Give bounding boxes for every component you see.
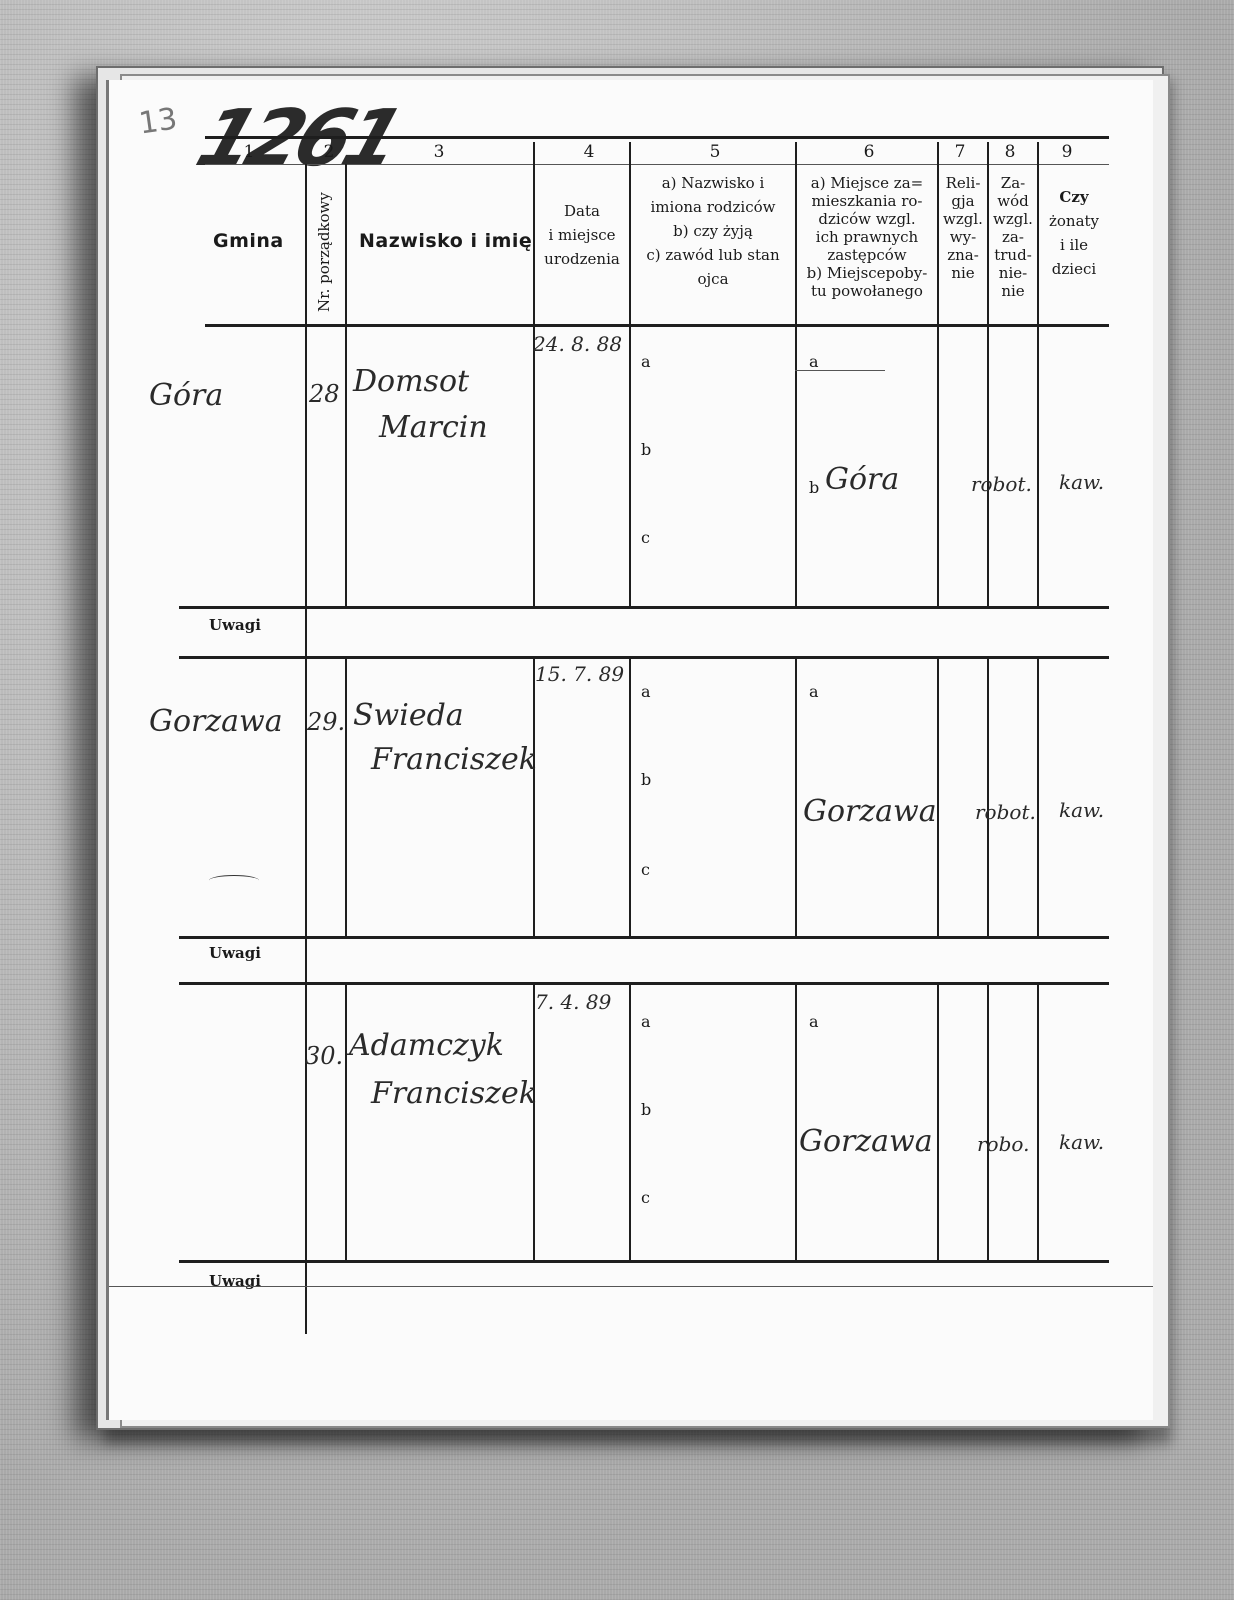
header-line: wzgl. <box>989 210 1037 228</box>
col-number-2: 2 <box>309 142 349 162</box>
col-divider <box>795 326 797 606</box>
header-col7: Reli- gja wzgl. wy- zna- nie <box>939 174 987 282</box>
header-line: i miejsce <box>533 226 631 244</box>
header-line: a) Nazwisko i <box>631 174 795 192</box>
header-col4: Data i miejsce urodzenia <box>533 202 631 268</box>
header-number-rule <box>205 164 1109 165</box>
remarks-divider <box>305 936 307 982</box>
col-divider <box>533 326 535 606</box>
header-line: Reli- <box>939 174 987 192</box>
header-col8: Za- wód wzgl. za- trud- nie- nie <box>989 174 1037 300</box>
record-2-col5-b: b <box>641 770 651 789</box>
record-3-col5-b: b <box>641 1100 651 1119</box>
header-line: nie <box>989 282 1037 300</box>
record-1-col9: kaw. <box>1059 470 1104 494</box>
col-divider <box>345 658 347 936</box>
record-2-nr: 29. <box>307 708 345 736</box>
header-line: Za- <box>989 174 1037 192</box>
record-3-birth-date: 7. 4. 89 <box>535 990 611 1014</box>
header-line: ich prawnych <box>797 228 937 246</box>
header-line: imiona rodziców <box>631 198 795 216</box>
header-line: urodzenia <box>533 250 631 268</box>
header-line: wy- <box>939 228 987 246</box>
record-3-nr: 30. <box>305 1042 343 1070</box>
header-line: za- <box>989 228 1037 246</box>
col-divider <box>987 142 989 326</box>
col-divider <box>1037 142 1039 326</box>
record-1-birth-date: 24. 8. 88 <box>533 332 622 356</box>
record-1-col6-b: b <box>809 478 819 497</box>
record-2-col6-a: a <box>809 682 819 701</box>
col-divider <box>937 326 939 606</box>
record-2-col9: kaw. <box>1059 798 1104 822</box>
header-line: tu powołanego <box>797 282 937 300</box>
col-number-9: 9 <box>1047 142 1087 162</box>
col-divider <box>345 326 347 606</box>
col-number-3: 3 <box>419 142 459 162</box>
record-2-birth-date: 15. 7. 89 <box>535 662 624 686</box>
overlay-line <box>109 1286 1153 1287</box>
record-3-remarks-label: Uwagi <box>209 1272 261 1290</box>
header-line: nie <box>939 264 987 282</box>
col-number-1: 1 <box>229 142 269 162</box>
pencil-page-number: 13 <box>137 102 180 142</box>
record-1-remarks-label: Uwagi <box>209 616 261 634</box>
col-divider <box>987 984 989 1260</box>
record-1-gmina: Góra <box>149 378 223 413</box>
record-1-surname: Domsot <box>353 364 469 399</box>
record-1-col5-b: b <box>641 440 651 459</box>
col-divider <box>305 658 307 936</box>
stray-mark <box>209 875 259 886</box>
record-3-col9: kaw. <box>1059 1130 1104 1154</box>
remarks-top-rule <box>179 1260 1109 1263</box>
col-divider <box>1037 658 1039 936</box>
record-1-given-name: Marcin <box>379 410 488 445</box>
header-line: ojca <box>631 270 795 288</box>
remarks-bottom-rule <box>179 656 1109 659</box>
record-3-surname: Adamczyk <box>349 1028 504 1063</box>
remarks-top-rule <box>179 936 1109 939</box>
record-2-occupation: robot. <box>975 800 1036 824</box>
header-line: Czy <box>1039 188 1109 206</box>
header-col6: a) Miejsce za= mieszkania ro- dziców wzg… <box>797 174 937 300</box>
record-1-col5-a: a <box>641 352 651 371</box>
col-divider <box>629 326 631 606</box>
header-line: i ile <box>1039 236 1109 254</box>
ink-stamp-number: 1261 <box>186 94 408 184</box>
col-divider <box>987 326 989 606</box>
record-3-col6-b-value: Gorzawa <box>799 1124 933 1159</box>
record-2-col6-b-value: Gorzawa <box>803 794 937 829</box>
header-line: wód <box>989 192 1037 210</box>
col-divider <box>629 142 631 326</box>
record-2-col5-a: a <box>641 682 651 701</box>
header-gmina: Gmina <box>213 230 284 252</box>
record-1-col5-c: c <box>641 528 650 547</box>
header-line: trud- <box>989 246 1037 264</box>
record-3-occupation: robo. <box>977 1132 1029 1156</box>
col-divider <box>937 984 939 1260</box>
record-3-col5-a: a <box>641 1012 651 1031</box>
col-divider <box>1037 984 1039 1260</box>
col-divider <box>795 658 797 936</box>
header-line: mieszkania ro- <box>797 192 937 210</box>
col-divider <box>533 984 535 1260</box>
header-line: c) zawód lub stan <box>631 246 795 264</box>
record-2-remarks <box>313 940 1103 978</box>
col-divider <box>937 142 939 326</box>
col-divider <box>345 164 347 326</box>
header-line: Data <box>533 202 631 220</box>
col-divider <box>629 658 631 936</box>
record-2-surname: Swieda <box>353 698 464 733</box>
record-3-col6-a: a <box>809 1012 819 1031</box>
col-number-8: 8 <box>995 142 1025 162</box>
remarks-divider <box>305 1260 307 1334</box>
col-number-4: 4 <box>569 142 609 162</box>
record-1-col6-b-value: Góra <box>825 462 899 497</box>
remarks-top-rule <box>179 606 1109 609</box>
record-2-given-name: Franciszek <box>371 742 537 777</box>
record-2-col5-c: c <box>641 860 650 879</box>
header-nr-porzadkowy: Nr. porządkowy <box>315 192 333 312</box>
header-bottom-rule <box>205 324 1109 327</box>
remarks-bottom-rule <box>179 982 1109 985</box>
record-3-given-name: Franciszek <box>371 1076 537 1111</box>
col-divider <box>533 142 535 326</box>
col-divider <box>795 142 797 326</box>
header-line: b) czy żyją <box>631 222 795 240</box>
header-top-rule <box>205 136 1109 139</box>
col-divider <box>795 984 797 1260</box>
record-2-gmina: Gorzawa <box>149 704 283 739</box>
record-1-occupation: robot. <box>971 472 1032 496</box>
col-number-7: 7 <box>945 142 975 162</box>
col-divider <box>987 658 989 936</box>
header-line: żonaty <box>1039 212 1109 230</box>
header-line: nie- <box>989 264 1037 282</box>
header-col5: a) Nazwisko i imiona rodziców b) czy żyj… <box>631 174 795 288</box>
header-col9: Czy żonaty i ile dzieci <box>1039 188 1109 278</box>
register-page: 13 1261 1 2 3 4 5 6 7 8 9 Gmina Nr. porz… <box>106 80 1153 1420</box>
header-line: dziców wzgl. <box>797 210 937 228</box>
header-line: b) Miejscepoby- <box>797 264 937 282</box>
col-divider <box>1037 326 1039 606</box>
record-2-remarks-label: Uwagi <box>209 944 261 962</box>
col-divider <box>345 984 347 1260</box>
record-1-col6-a: a <box>809 352 819 371</box>
record-1-remarks <box>313 610 1103 652</box>
header-line: gja <box>939 192 987 210</box>
remarks-divider <box>305 606 307 656</box>
header-line: wzgl. <box>939 210 987 228</box>
col-divider <box>937 658 939 936</box>
col-divider <box>305 984 307 1260</box>
col-divider <box>305 326 307 606</box>
col-number-5: 5 <box>695 142 735 162</box>
record-1-nr: 28 <box>309 380 340 408</box>
header-line: a) Miejsce za= <box>797 174 937 192</box>
col-divider <box>533 658 535 936</box>
col-number-6: 6 <box>849 142 889 162</box>
header-line: zna- <box>939 246 987 264</box>
col-divider <box>305 164 307 326</box>
header-nazwisko-imie: Nazwisko i imię <box>359 230 532 252</box>
record-3-col5-c: c <box>641 1188 650 1207</box>
header-line: zastępców <box>797 246 937 264</box>
col-divider <box>629 984 631 1260</box>
header-line: dzieci <box>1039 260 1109 278</box>
